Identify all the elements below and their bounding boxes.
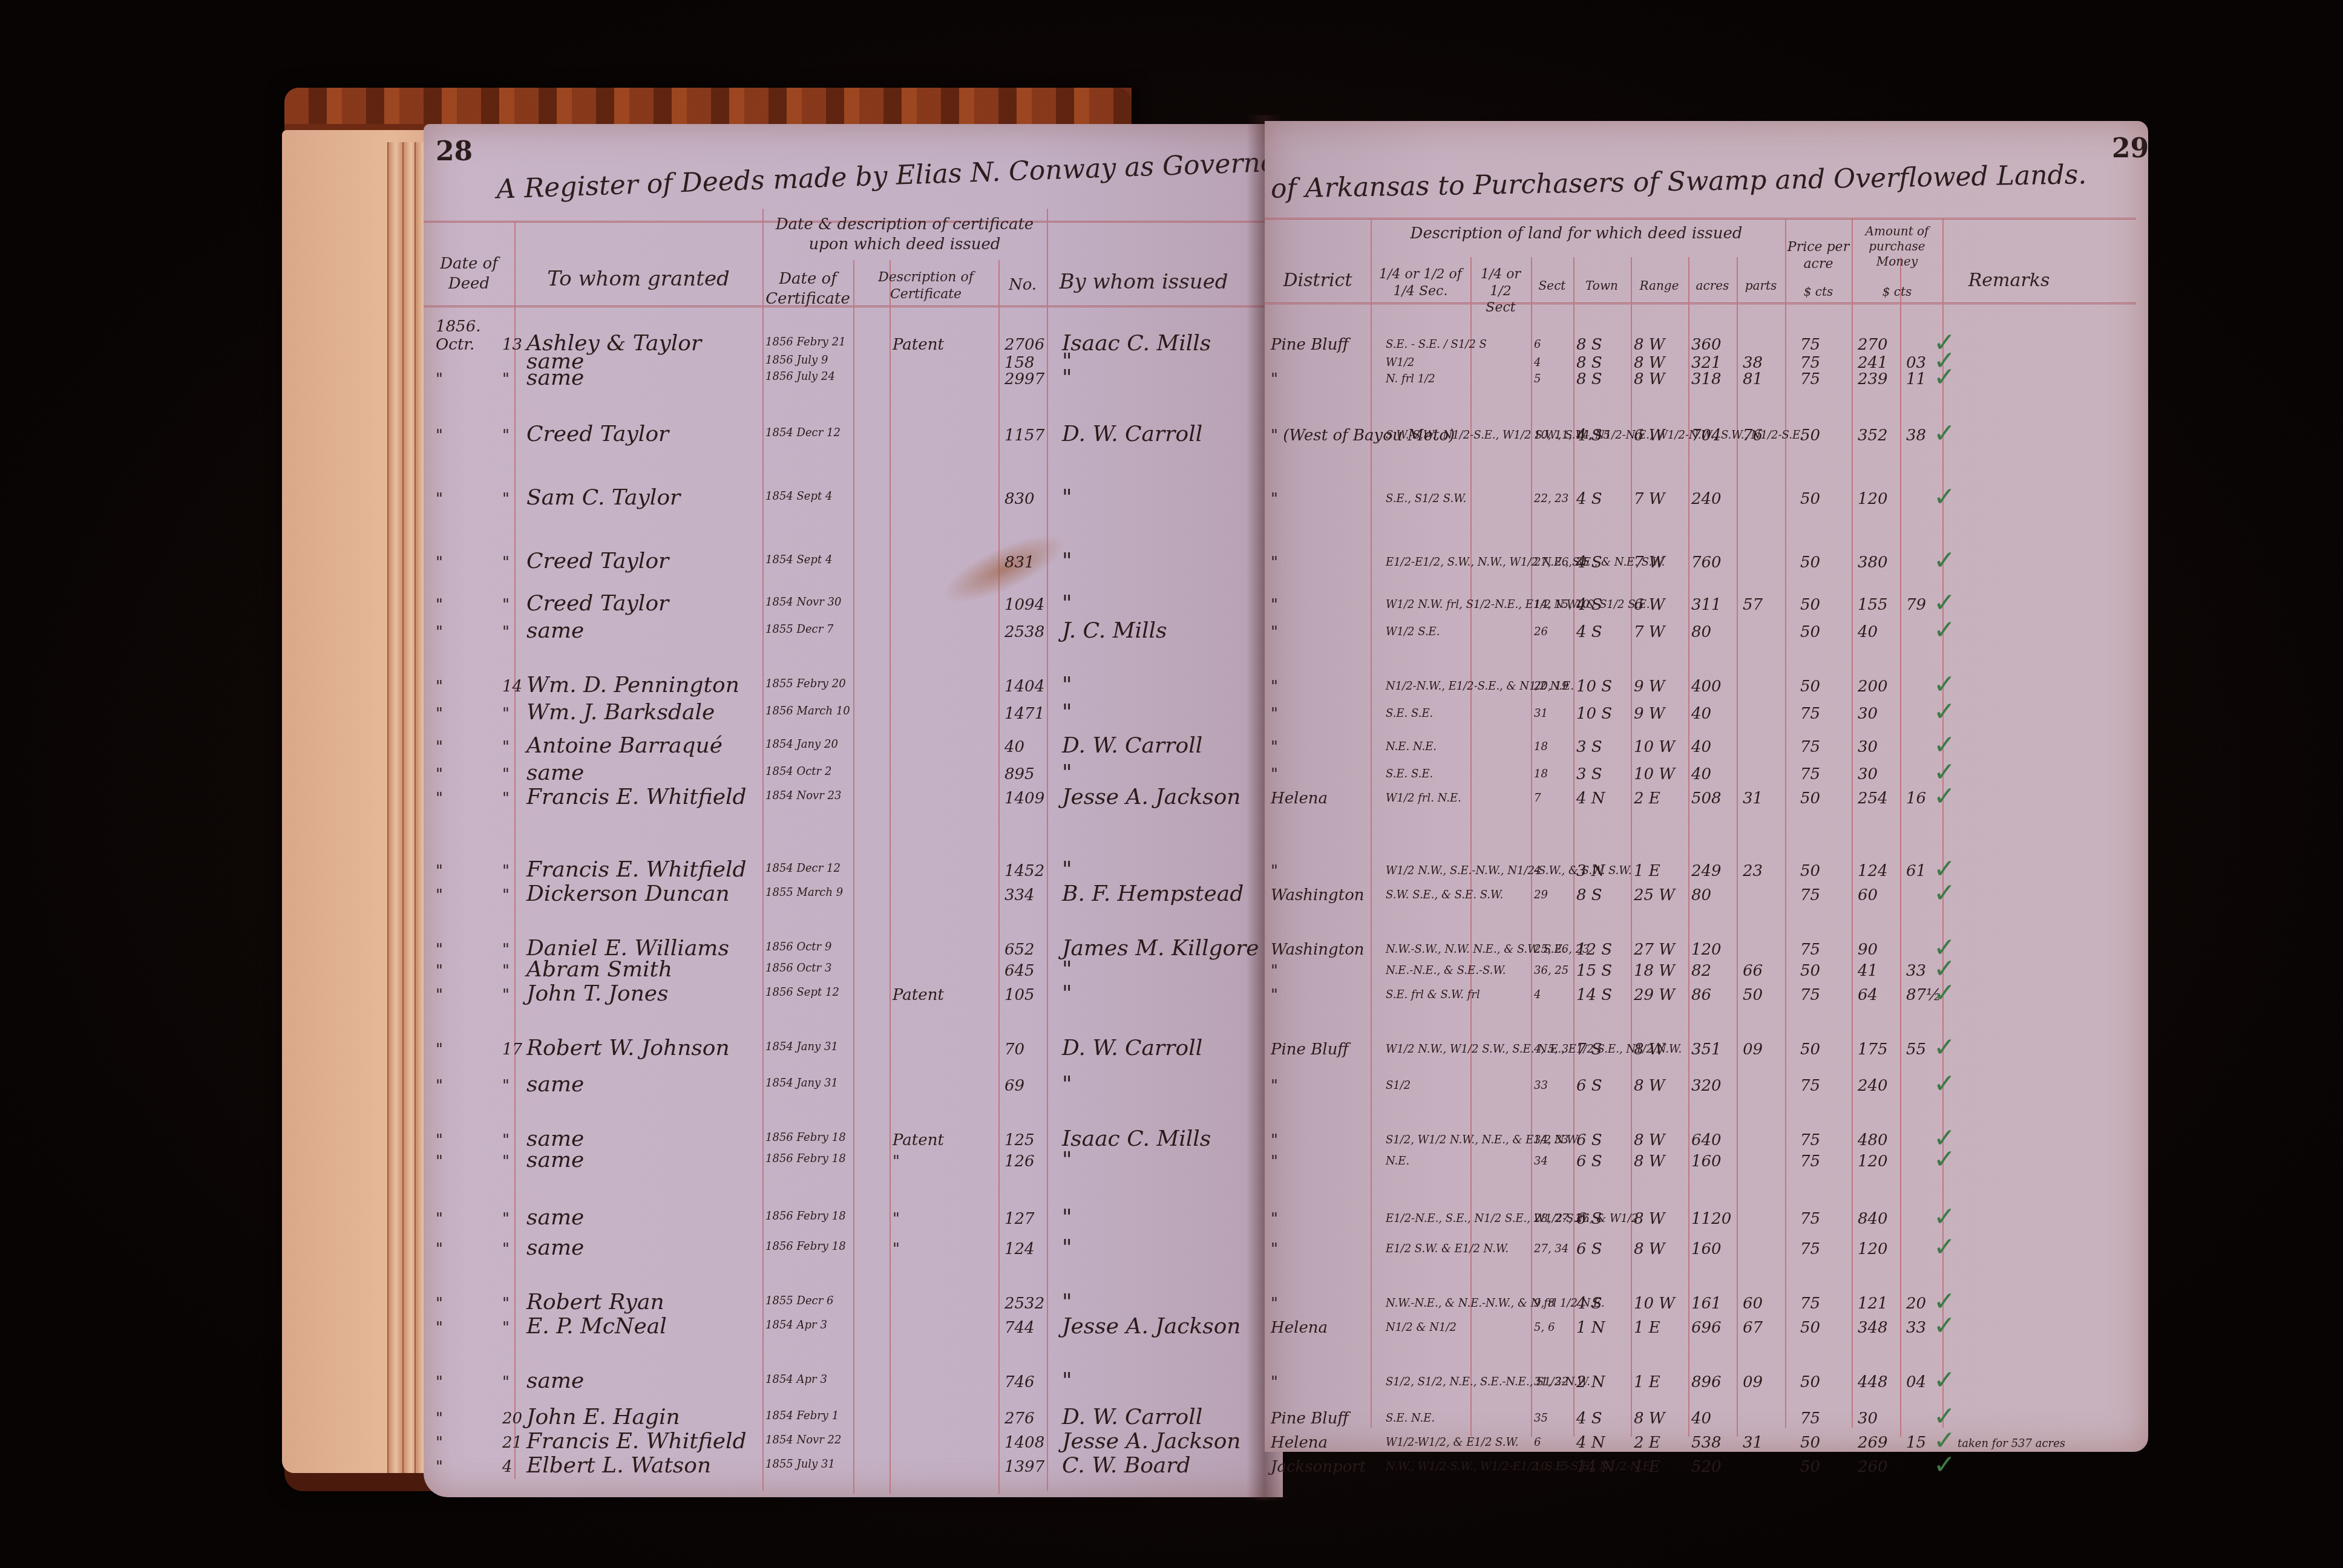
deed-month: ": [436, 962, 443, 980]
price-per-acre: 75: [1800, 370, 1820, 388]
township: 15 S: [1576, 962, 1612, 980]
issued-by: ": [1062, 591, 1072, 616]
certificate-description: Patent: [893, 986, 944, 1004]
header-date-of-certificate: Date of Certificate: [765, 269, 850, 309]
township: 8 S: [1576, 370, 1602, 388]
deed-day: ": [502, 986, 510, 1004]
deed-month: ": [436, 370, 443, 388]
range: 10 W: [1634, 1295, 1675, 1313]
district: ": [1271, 623, 1278, 641]
certificate-number: 125: [1004, 1131, 1035, 1149]
district: Pine Bluff: [1271, 336, 1349, 354]
land-description: E1/2 S.W. & E1/2 N.W.: [1386, 1243, 1509, 1255]
amount-dollars: 352: [1858, 426, 1888, 445]
book-cover-edge: [284, 88, 1132, 124]
checkmark-icon: ✓: [1933, 482, 1956, 512]
checkmark-icon: ✓: [1933, 587, 1956, 618]
township: 3 N: [1576, 862, 1605, 880]
acres: 40: [1691, 705, 1711, 723]
price-per-acre: 50: [1800, 623, 1820, 641]
grantee-name: Wm. D. Pennington: [526, 673, 739, 697]
certificate-number: 1452: [1004, 862, 1044, 880]
header-rule: [1265, 302, 2136, 304]
checkmark-icon: ✓: [1933, 1449, 1956, 1480]
issued-by: D. W. Carroll: [1062, 422, 1202, 446]
deed-month: ": [436, 1131, 443, 1149]
range: 9 W: [1634, 678, 1665, 696]
certificate-date: 1854 Jany 31: [765, 1040, 838, 1053]
amount-dollars: 64: [1858, 986, 1878, 1004]
deed-day: ": [502, 1210, 510, 1228]
district: Helena: [1271, 1434, 1328, 1452]
certificate-date: 1856 Octr 9: [765, 941, 831, 953]
acres: 249: [1691, 862, 1722, 880]
certificate-date: 1855 Febry 20: [765, 678, 846, 690]
issued-by: J. C. Mills: [1062, 618, 1167, 643]
certificate-number: 2997: [1004, 370, 1044, 388]
issued-by: James M. Killgore: [1062, 936, 1259, 961]
price-per-acre: 50: [1800, 1040, 1820, 1059]
checkmark-icon: ✓: [1933, 362, 1956, 393]
certificate-date: 1855 Decr 7: [765, 623, 833, 636]
issued-by: D. W. Carroll: [1062, 733, 1202, 758]
price-per-acre: 50: [1800, 1434, 1820, 1452]
section: 4: [1534, 864, 1541, 877]
grantee-name: John T. Jones: [526, 981, 669, 1006]
header-by-whom-issued: By whom issued: [1053, 269, 1234, 295]
section: 27, 34: [1534, 1243, 1568, 1255]
acre-parts: 60: [1743, 1295, 1763, 1313]
deed-month: ": [436, 1210, 443, 1228]
acres: 321: [1691, 354, 1722, 372]
grantee-name: same: [526, 365, 584, 390]
header-quarter-sect: 1/4 or 1/2 Sect: [1473, 266, 1528, 316]
deed-month: ": [436, 789, 443, 808]
certificate-number: 1408: [1004, 1434, 1044, 1452]
deed-day: ": [502, 1131, 510, 1149]
section: 18: [1534, 768, 1548, 780]
district: ": [1271, 1077, 1278, 1095]
range: 7 W: [1634, 490, 1665, 508]
page-stack-edge: [387, 142, 403, 1473]
certificate-date: 1854 Novr 30: [765, 596, 842, 609]
amount-dollars: 30: [1858, 705, 1878, 723]
range: 10 W: [1634, 765, 1675, 783]
range: 6 W: [1634, 596, 1665, 614]
district: Pine Bluff: [1271, 1040, 1349, 1059]
section: 26: [1534, 626, 1548, 638]
township: 14 N: [1576, 1458, 1615, 1476]
district: ": [1271, 490, 1278, 508]
deed-day: 13: [502, 336, 522, 354]
land-description: S1/2: [1386, 1079, 1411, 1092]
price-per-acre: 75: [1800, 738, 1820, 756]
certificate-number: 1094: [1004, 596, 1044, 614]
land-description: S.E. N.E.: [1386, 1412, 1435, 1425]
checkmark-icon: ✓: [1933, 1144, 1956, 1175]
township: 4 S: [1576, 554, 1602, 572]
range: 7 W: [1634, 623, 1665, 641]
amount-dollars: 200: [1858, 678, 1888, 696]
certificate-number: 127: [1004, 1210, 1035, 1228]
amount-dollars: 30: [1858, 1410, 1878, 1428]
deed-month: ": [436, 986, 443, 1004]
certificate-number: 830: [1004, 490, 1035, 508]
checkmark-icon: ✓: [1933, 730, 1956, 760]
issued-by: Isaac C. Mills: [1062, 1126, 1211, 1151]
section: 36, 25: [1534, 964, 1568, 977]
header-number: No.: [1001, 275, 1044, 295]
district: ": [1271, 962, 1278, 980]
amount-dollars: 241: [1858, 354, 1888, 372]
certificate-date: 1856 Febry 18: [765, 1210, 846, 1223]
deed-month: ": [436, 596, 443, 614]
grantee-name: Elbert L. Watson: [526, 1453, 711, 1478]
price-per-acre: 50: [1800, 554, 1820, 572]
deed-month: ": [436, 1295, 443, 1313]
price-per-acre: 75: [1800, 886, 1820, 904]
amount-cents: 33: [1906, 962, 1926, 980]
section: 4, 5, 3: [1534, 1043, 1568, 1056]
range: 7 W: [1634, 554, 1665, 572]
amount-dollars: 270: [1858, 336, 1888, 354]
page-number-right: 29: [2112, 133, 2149, 164]
range: 8 W: [1634, 1077, 1665, 1095]
issued-by: ": [1062, 549, 1072, 573]
grantee-name: Francis E. Whitfield: [526, 785, 747, 809]
header-to-whom-granted: To whom granted: [520, 266, 756, 292]
photo-background: 28 A Register of Deeds made by Elias N. …: [0, 0, 2343, 1568]
column-divider: [1852, 218, 1853, 1428]
page-number-left: 28: [436, 136, 473, 167]
issued-by: ": [1062, 1235, 1072, 1260]
land-description: S.E. S.E.: [1386, 707, 1433, 720]
price-per-acre: 50: [1800, 1458, 1820, 1476]
amount-cents: 04: [1906, 1373, 1926, 1391]
certificate-number: 2538: [1004, 623, 1044, 641]
register-title-left: A Register of Deeds made by Elias N. Con…: [496, 146, 1290, 205]
header-town: Town: [1575, 278, 1629, 293]
certificate-date: 1854 Febry 1: [765, 1410, 839, 1422]
section: 34: [1534, 1155, 1548, 1168]
range: 1 E: [1634, 1373, 1660, 1391]
land-description: W1/2: [1386, 356, 1414, 369]
land-description: S.W. S.E., & S.E. S.W.: [1386, 889, 1503, 901]
deed-month: ": [436, 490, 443, 508]
certificate-date: 1856 Febry 18: [765, 1131, 846, 1144]
land-description: W1/2 N.W. frl, S1/2-N.E., E1/2 N.W., & S…: [1386, 598, 1650, 611]
range: 1 E: [1634, 862, 1660, 880]
acre-parts: 66: [1743, 962, 1763, 980]
certificate-number: 1471: [1004, 705, 1044, 723]
amount-cents: 55: [1906, 1040, 1926, 1059]
certificate-number: 158: [1004, 354, 1035, 372]
township: 6 S: [1576, 1210, 1602, 1228]
issued-by: Isaac C. Mills: [1062, 331, 1211, 356]
deed-day: ": [502, 705, 510, 723]
land-description: N. frl 1/2: [1386, 373, 1435, 385]
acre-parts: 67: [1743, 1319, 1763, 1337]
amount-dollars: 380: [1858, 554, 1888, 572]
amount-cents: 11: [1906, 370, 1926, 388]
range: 8 W: [1634, 1410, 1665, 1428]
acres: 696: [1691, 1319, 1722, 1337]
district: ": [1271, 1131, 1278, 1149]
certificate-number: 334: [1004, 886, 1035, 904]
column-divider: [998, 260, 1000, 1494]
township: 4 N: [1576, 789, 1605, 808]
range: 8 W: [1634, 370, 1665, 388]
issued-by: ": [1062, 957, 1072, 982]
certificate-date: 1856 Febry 18: [765, 1240, 846, 1253]
district: Washington: [1271, 941, 1365, 959]
checkmark-icon: ✓: [1933, 1232, 1956, 1263]
grantee-name: Antoine Barraqué: [526, 733, 723, 758]
acres: 80: [1691, 623, 1711, 641]
amount-dollars: 40: [1858, 623, 1878, 641]
acres: 320: [1691, 1077, 1722, 1095]
amount-cents: 61: [1906, 862, 1926, 880]
township: 3 S: [1576, 738, 1602, 756]
township: 14 S: [1576, 986, 1612, 1004]
certificate-date: 1854 Decr 12: [765, 426, 841, 439]
issued-by: ": [1062, 857, 1072, 882]
acre-parts: 23: [1743, 862, 1763, 880]
header-date-of-deed: Date of Deed: [430, 254, 508, 293]
price-per-acre: 75: [1800, 1240, 1820, 1258]
acres: 40: [1691, 765, 1711, 783]
section: 10, 15: [1534, 1460, 1568, 1473]
deed-day: ": [502, 554, 510, 572]
register-title-right: of Arkansas to Purchasers of Swamp and O…: [1271, 159, 2087, 204]
district: Washington: [1271, 886, 1365, 904]
land-description: N1/2 & N1/2: [1386, 1321, 1457, 1334]
grantee-name: Francis E. Whitfield: [526, 1429, 747, 1454]
deed-day: ": [502, 886, 510, 904]
section: 4: [1534, 988, 1541, 1001]
header-land-description-group: Description of land for which deed issue…: [1374, 224, 1779, 244]
certificate-description: ": [893, 1240, 900, 1258]
grantee-name: same: [526, 1205, 584, 1230]
certificate-number: 895: [1004, 765, 1035, 783]
certificate-description: Patent: [893, 1131, 944, 1149]
amount-dollars: 30: [1858, 738, 1878, 756]
price-per-acre: 75: [1800, 1131, 1820, 1149]
grantee-name: same: [526, 760, 584, 785]
acre-parts: 38: [1743, 354, 1763, 372]
issued-by: ": [1062, 760, 1072, 785]
checkmark-icon: ✓: [1933, 1068, 1956, 1099]
amount-dollars: 240: [1858, 1077, 1888, 1095]
township: 4 S: [1576, 1295, 1602, 1313]
checkmark-icon: ✓: [1933, 1365, 1956, 1396]
price-per-acre: 50: [1800, 490, 1820, 508]
deed-day: ": [502, 962, 510, 980]
district: ": [1271, 1295, 1278, 1313]
district: ": [1271, 738, 1278, 756]
grantee-name: Abram Smith: [526, 957, 672, 982]
township: 3 S: [1576, 765, 1602, 783]
acres: 120: [1691, 941, 1722, 959]
price-per-acre: 50: [1800, 1319, 1820, 1337]
price-per-acre: 75: [1800, 1152, 1820, 1171]
checkmark-icon: ✓: [1933, 781, 1956, 812]
amount-cents: 16: [1906, 789, 1926, 808]
range: 2 E: [1634, 1434, 1660, 1452]
column-divider: [1371, 218, 1372, 1428]
district: ": [1271, 370, 1278, 388]
amount-dollars: 155: [1858, 596, 1888, 614]
grantee-name: same: [526, 1368, 584, 1393]
section: 5, 6: [1534, 1321, 1555, 1334]
deed-day: ": [502, 789, 510, 808]
price-per-acre: 75: [1800, 705, 1820, 723]
certificate-number: 652: [1004, 941, 1035, 959]
certificate-date: 1854 Novr 22: [765, 1434, 842, 1446]
certificate-date: 1856 July 24: [765, 370, 835, 383]
certificate-number: 105: [1004, 986, 1035, 1004]
acres: 351: [1691, 1040, 1722, 1059]
price-per-acre: 75: [1800, 1077, 1820, 1095]
range: 8 W: [1634, 1040, 1665, 1059]
certificate-number: 40: [1004, 738, 1024, 756]
land-description: N.E. N.E.: [1386, 740, 1437, 753]
deed-day: ": [502, 596, 510, 614]
issued-by: ": [1062, 700, 1072, 725]
deed-month: ": [436, 1410, 443, 1428]
deed-month: ": [436, 886, 443, 904]
header-description-of-certificate: Description of Certificate: [856, 269, 995, 302]
deed-day: ": [502, 1152, 510, 1171]
certificate-number: 744: [1004, 1319, 1035, 1337]
deed-day: ": [502, 370, 510, 388]
amount-dollars: 254: [1858, 789, 1888, 808]
deed-day: ": [502, 1319, 510, 1337]
header-price-per-acre: Price per acre: [1786, 239, 1850, 272]
grantee-name: Creed Taylor: [526, 549, 669, 573]
amount-cents: 15: [1906, 1434, 1926, 1452]
township: 2 N: [1576, 1373, 1605, 1391]
amount-dollars: 480: [1858, 1131, 1888, 1149]
certificate-date: 1854 Novr 23: [765, 789, 842, 802]
land-description: S.E. S.E.: [1386, 768, 1433, 780]
certificate-date: 1856 July 9: [765, 354, 828, 367]
section: 22, 23: [1534, 492, 1568, 505]
district: ": [1271, 596, 1278, 614]
issued-by: ": [1062, 981, 1072, 1006]
price-per-acre: 75: [1800, 1295, 1820, 1313]
acres: 240: [1691, 490, 1722, 508]
range: 27 W: [1634, 941, 1675, 959]
checkmark-icon: ✓: [1933, 696, 1956, 727]
grantee-name: Creed Taylor: [526, 591, 669, 616]
township: 8 S: [1576, 354, 1602, 372]
deed-month: ": [436, 1458, 443, 1476]
certificate-number: 1409: [1004, 789, 1044, 808]
grantee-name: same: [526, 1148, 584, 1172]
acres: 80: [1691, 886, 1711, 904]
range: 8 W: [1634, 1240, 1665, 1258]
header-remarks: Remarks: [1948, 269, 2069, 292]
amount-dollars: 239: [1858, 370, 1888, 388]
certificate-number: 124: [1004, 1240, 1035, 1258]
amount-dollars: 30: [1858, 765, 1878, 783]
township: 6 S: [1576, 1152, 1602, 1171]
certificate-date: 1854 Octr 2: [765, 765, 831, 778]
township: 7 S: [1576, 1040, 1602, 1059]
township: 4 N: [1576, 1434, 1605, 1452]
issued-by: Jesse A. Jackson: [1062, 785, 1241, 809]
deed-month: ": [436, 678, 443, 696]
deed-month: ": [436, 1077, 443, 1095]
deed-month: Octr.: [436, 336, 474, 354]
deed-month: ": [436, 1434, 443, 1452]
amount-cents: 03: [1906, 354, 1926, 372]
acre-parts: 31: [1743, 789, 1763, 808]
acres: 40: [1691, 1410, 1711, 1428]
acres: 640: [1691, 1131, 1722, 1149]
acre-parts: 50: [1743, 986, 1763, 1004]
price-per-acre: 50: [1800, 596, 1820, 614]
column-divider: [762, 209, 764, 1491]
certificate-number: 746: [1004, 1373, 1035, 1391]
header-quarter-of-quarter: 1/4 or 1/2 of 1/4 Sec.: [1374, 266, 1467, 299]
certificate-date: 1855 July 31: [765, 1458, 835, 1471]
certificate-number: 276: [1004, 1410, 1035, 1428]
amount-dollars: 121: [1858, 1295, 1888, 1313]
certificate-date: 1855 March 9: [765, 886, 843, 899]
certificate-number: 1397: [1004, 1458, 1044, 1476]
certificate-date: 1856 Febry 21: [765, 336, 846, 348]
price-per-acre: 50: [1800, 789, 1820, 808]
grantee-name: Robert W. Johnson: [526, 1036, 730, 1060]
deed-month: ": [436, 705, 443, 723]
certificate-date: 1854 Sept 4: [765, 490, 832, 503]
deed-day: ": [502, 941, 510, 959]
township: 4 S: [1576, 490, 1602, 508]
certificate-number: 126: [1004, 1152, 1035, 1171]
certificate-description: Patent: [893, 336, 944, 354]
grantee-name: Dickerson Duncan: [526, 881, 730, 906]
issued-by: ": [1062, 1072, 1072, 1097]
header-amount-units: $ cts: [1853, 284, 1941, 299]
district: ": [1271, 1373, 1278, 1391]
certificate-description: ": [893, 1152, 900, 1171]
checkmark-icon: ✓: [1933, 418, 1956, 449]
price-per-acre: 50: [1800, 1373, 1820, 1391]
township: 12 S: [1576, 941, 1612, 959]
land-description: N.E.-N.E., & S.E.-S.W.: [1386, 964, 1506, 977]
checkmark-icon: ✓: [1933, 545, 1956, 576]
section: 18: [1534, 740, 1548, 753]
district: ": [1271, 1240, 1278, 1258]
checkmark-icon: ✓: [1933, 669, 1956, 700]
header-certificate-group: Date & description of certificate upon w…: [768, 215, 1041, 254]
land-description: W1/2-W1/2, & E1/2 S.W.: [1386, 1436, 1519, 1449]
amount-dollars: 840: [1858, 1210, 1888, 1228]
section: 31, 32: [1534, 1376, 1568, 1388]
price-per-acre: 75: [1800, 354, 1820, 372]
land-description: W1/2 frl. N.E.: [1386, 792, 1461, 805]
acres: 704: [1691, 426, 1722, 445]
price-per-acre: 75: [1800, 765, 1820, 783]
township: 8 S: [1576, 886, 1602, 904]
deed-month: ": [436, 426, 443, 445]
price-per-acre: 50: [1800, 862, 1820, 880]
acres: 508: [1691, 789, 1722, 808]
certificate-number: 2532: [1004, 1295, 1044, 1313]
certificate-number: 831: [1004, 554, 1035, 572]
